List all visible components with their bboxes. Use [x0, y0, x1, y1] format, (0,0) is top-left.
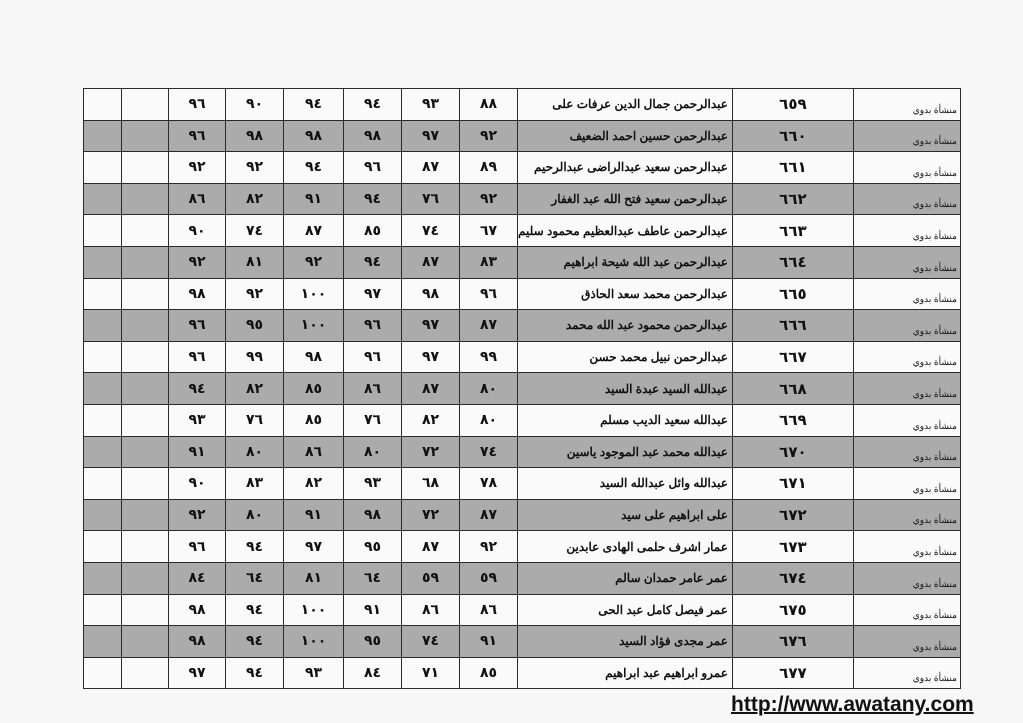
seat-number-cell: ٦٦٣: [732, 215, 853, 247]
blank-cell: [84, 499, 122, 531]
seat-number-cell: ٦٧٢: [732, 499, 853, 531]
score-cell: ٩٧: [344, 278, 402, 310]
score-cell: ٩٦: [344, 152, 402, 184]
score-cell: ٨٣: [460, 246, 518, 278]
score-cell: ٩١: [284, 499, 344, 531]
score-cell: ٨٠: [460, 404, 518, 436]
blank-cell: [122, 310, 169, 342]
blank-cell: [84, 310, 122, 342]
blank-cell: [84, 436, 122, 468]
score-cell: ٨٠: [344, 436, 402, 468]
score-cell: ٩٥: [344, 531, 402, 563]
score-cell: ٧٦: [226, 404, 284, 436]
blank-cell: [122, 436, 169, 468]
school-name-cell: منشأة بدوي: [853, 626, 960, 658]
score-cell: ٩٨: [284, 341, 344, 373]
score-cell: ٩٠: [226, 89, 284, 121]
score-cell: ٩٣: [169, 404, 226, 436]
score-cell: ٨٤: [344, 657, 402, 689]
blank-cell: [84, 404, 122, 436]
blank-cell: [122, 594, 169, 626]
score-cell: ٧٤: [460, 436, 518, 468]
blank-cell: [122, 626, 169, 658]
blank-cell: [84, 531, 122, 563]
score-cell: ٩٨: [169, 626, 226, 658]
seat-number-cell: ٦٧٦: [732, 626, 853, 658]
score-cell: ٨٦: [284, 436, 344, 468]
blank-cell: [122, 89, 169, 121]
school-name-cell: منشأة بدوي: [853, 120, 960, 152]
blank-cell: [122, 215, 169, 247]
school-name-cell: منشأة بدوي: [853, 531, 960, 563]
table-row: ٩٨٩٤١٠٠٩٥٧٤٩١عمر مجدى فؤاد السيد٦٧٦منشأة…: [84, 626, 961, 658]
score-cell: ٩٤: [226, 594, 284, 626]
score-cell: ٨٧: [402, 246, 460, 278]
score-cell: ٨٧: [460, 499, 518, 531]
score-cell: ٨٧: [460, 310, 518, 342]
blank-cell: [84, 89, 122, 121]
score-cell: ٦٤: [344, 562, 402, 594]
score-cell: ٩٢: [226, 152, 284, 184]
blank-cell: [84, 626, 122, 658]
score-cell: ١٠٠: [284, 278, 344, 310]
score-cell: ٩٤: [226, 531, 284, 563]
score-cell: ٩٨: [344, 499, 402, 531]
student-name-cell: عبدالرحمن محمد سعد الحاذق: [518, 278, 733, 310]
student-name-cell: عبدالرحمن حسين احمد الضعيف: [518, 120, 733, 152]
score-cell: ٩٤: [344, 89, 402, 121]
score-cell: ١٠٠: [284, 594, 344, 626]
score-cell: ٩١: [460, 626, 518, 658]
table-row: ٩٦٩٨٩٨٩٨٩٧٩٢عبدالرحمن حسين احمد الضعيف٦٦…: [84, 120, 961, 152]
student-name-cell: عبدالرحمن نبيل محمد حسن: [518, 341, 733, 373]
school-name-cell: منشأة بدوي: [853, 310, 960, 342]
table-row: ٩٦٩٩٩٨٩٦٩٧٩٩عبدالرحمن نبيل محمد حسن٦٦٧من…: [84, 341, 961, 373]
blank-cell: [122, 246, 169, 278]
score-cell: ٩٥: [226, 310, 284, 342]
table-row: ٩٨٩٢١٠٠٩٧٩٨٩٦عبدالرحمن محمد سعد الحاذق٦٦…: [84, 278, 961, 310]
blank-cell: [122, 468, 169, 500]
score-cell: ٩٤: [169, 373, 226, 405]
blank-cell: [122, 120, 169, 152]
score-cell: ٨٧: [284, 215, 344, 247]
blank-cell: [122, 373, 169, 405]
score-cell: ٩٤: [344, 183, 402, 215]
score-cell: ٩٨: [169, 594, 226, 626]
score-cell: ٩١: [284, 183, 344, 215]
blank-cell: [84, 246, 122, 278]
table-row: ٩٣٧٦٨٥٧٦٨٢٨٠عبدالله سعيد الديب مسلم٦٦٩من…: [84, 404, 961, 436]
table-row: ٩٨٩٤١٠٠٩١٨٦٨٦عمر فيصل كامل عبد الحى٦٧٥من…: [84, 594, 961, 626]
seat-number-cell: ٦٧٧: [732, 657, 853, 689]
score-cell: ٩٦: [169, 531, 226, 563]
seat-number-cell: ٦٦٨: [732, 373, 853, 405]
seat-number-cell: ٦٥٩: [732, 89, 853, 121]
score-cell: ٨٠: [460, 373, 518, 405]
score-cell: ٩٨: [284, 120, 344, 152]
table-row: ٩٠٧٤٨٧٨٥٧٤٦٧عبدالرحمن عاطف عبدالعظيم محم…: [84, 215, 961, 247]
score-cell: ٨٢: [284, 468, 344, 500]
score-cell: ٩٤: [226, 657, 284, 689]
score-cell: ٩٤: [284, 152, 344, 184]
score-cell: ٩٦: [169, 341, 226, 373]
blank-cell: [84, 120, 122, 152]
score-cell: ٩٨: [169, 278, 226, 310]
score-cell: ٥٩: [460, 562, 518, 594]
school-name-cell: منشأة بدوي: [853, 246, 960, 278]
school-name-cell: منشأة بدوي: [853, 89, 960, 121]
results-table: ٩٦٩٠٩٤٩٤٩٣٨٨عبدالرحمن جمال الدين عرفات ع…: [83, 88, 961, 689]
score-cell: ٩٥: [344, 626, 402, 658]
score-cell: ١٠٠: [284, 626, 344, 658]
score-cell: ٩١: [344, 594, 402, 626]
student-name-cell: على ابراهيم على سيد: [518, 499, 733, 531]
seat-number-cell: ٦٦٧: [732, 341, 853, 373]
score-cell: ٨٥: [460, 657, 518, 689]
score-cell: ٩٣: [344, 468, 402, 500]
student-name-cell: عبدالرحمن عبد الله شيحة ابراهيم: [518, 246, 733, 278]
score-cell: ٩٦: [344, 341, 402, 373]
student-name-cell: عمر فيصل كامل عبد الحى: [518, 594, 733, 626]
score-cell: ٨٥: [284, 404, 344, 436]
seat-number-cell: ٦٧٠: [732, 436, 853, 468]
student-name-cell: عبدالرحمن سعيد فتح الله عبد الغفار: [518, 183, 733, 215]
table-row: ٩٧٩٤٩٣٨٤٧١٨٥عمرو ابراهيم عبد ابراهيم٦٧٧م…: [84, 657, 961, 689]
score-cell: ٨١: [284, 562, 344, 594]
blank-cell: [84, 183, 122, 215]
score-cell: ٩٢: [169, 246, 226, 278]
student-name-cell: عبدالله سعيد الديب مسلم: [518, 404, 733, 436]
score-cell: ٩٢: [226, 278, 284, 310]
score-cell: ٧٨: [460, 468, 518, 500]
blank-cell: [84, 215, 122, 247]
blank-cell: [84, 468, 122, 500]
student-name-cell: عمرو ابراهيم عبد ابراهيم: [518, 657, 733, 689]
table-row: ٩١٨٠٨٦٨٠٧٢٧٤عبدالله محمد عبد الموجود ياس…: [84, 436, 961, 468]
results-table-body: ٩٦٩٠٩٤٩٤٩٣٨٨عبدالرحمن جمال الدين عرفات ع…: [84, 89, 961, 689]
score-cell: ٨٧: [402, 531, 460, 563]
blank-cell: [122, 499, 169, 531]
student-name-cell: عبدالرحمن محمود عبد الله محمد: [518, 310, 733, 342]
score-cell: ٩١: [169, 436, 226, 468]
score-cell: ٧٦: [402, 183, 460, 215]
score-cell: ٨٧: [402, 373, 460, 405]
score-cell: ٨٧: [402, 152, 460, 184]
score-cell: ٦٤: [226, 562, 284, 594]
score-cell: ٨٥: [284, 373, 344, 405]
score-cell: ٨٥: [344, 215, 402, 247]
blank-cell: [84, 278, 122, 310]
score-cell: ٩٤: [226, 626, 284, 658]
score-cell: ٩٧: [402, 310, 460, 342]
score-cell: ٨١: [226, 246, 284, 278]
blank-cell: [122, 152, 169, 184]
table-row: ٩٦٩٠٩٤٩٤٩٣٨٨عبدالرحمن جمال الدين عرفات ع…: [84, 89, 961, 121]
blank-cell: [122, 562, 169, 594]
seat-number-cell: ٦٦٩: [732, 404, 853, 436]
table-row: ٨٤٦٤٨١٦٤٥٩٥٩عمر عامر حمدان سالم٦٧٤منشأة …: [84, 562, 961, 594]
blank-cell: [84, 562, 122, 594]
table-row: ٩٦٩٤٩٧٩٥٨٧٩٢عمار اشرف حلمى الهادى عابدين…: [84, 531, 961, 563]
student-name-cell: عبدالله السيد عبدة السيد: [518, 373, 733, 405]
table-row: ٩٠٨٣٨٢٩٣٦٨٧٨عبدالله وائل عبدالله السيد٦٧…: [84, 468, 961, 500]
score-cell: ٩٧: [284, 531, 344, 563]
school-name-cell: منشأة بدوي: [853, 562, 960, 594]
score-cell: ٥٩: [402, 562, 460, 594]
blank-cell: [122, 183, 169, 215]
score-cell: ٧٤: [402, 626, 460, 658]
score-cell: ٩٢: [169, 152, 226, 184]
seat-number-cell: ٦٦٦: [732, 310, 853, 342]
site-url-watermark: http://www.awatany.com: [731, 693, 974, 717]
score-cell: ٩٣: [284, 657, 344, 689]
score-cell: ٩٢: [460, 531, 518, 563]
score-cell: ٩٤: [344, 246, 402, 278]
blank-cell: [122, 404, 169, 436]
score-cell: ٩٠: [169, 215, 226, 247]
school-name-cell: منشأة بدوي: [853, 278, 960, 310]
school-name-cell: منشأة بدوي: [853, 404, 960, 436]
blank-cell: [84, 594, 122, 626]
score-cell: ٦٨: [402, 468, 460, 500]
score-cell: ٩٦: [169, 310, 226, 342]
score-cell: ٩٧: [402, 341, 460, 373]
seat-number-cell: ٦٧٣: [732, 531, 853, 563]
score-cell: ٩٨: [402, 278, 460, 310]
student-name-cell: عبدالله محمد عبد الموجود ياسين: [518, 436, 733, 468]
score-cell: ٩٠: [169, 468, 226, 500]
table-row: ٩٢٨١٩٢٩٤٨٧٨٣عبدالرحمن عبد الله شيحة ابرا…: [84, 246, 961, 278]
score-cell: ٩٩: [226, 341, 284, 373]
seat-number-cell: ٦٧٥: [732, 594, 853, 626]
student-name-cell: عمر مجدى فؤاد السيد: [518, 626, 733, 658]
seat-number-cell: ٦٦٠: [732, 120, 853, 152]
blank-cell: [84, 657, 122, 689]
score-cell: ٨٨: [460, 89, 518, 121]
score-cell: ٧٢: [402, 499, 460, 531]
student-name-cell: عبدالرحمن جمال الدين عرفات على: [518, 89, 733, 121]
score-cell: ٩٧: [169, 657, 226, 689]
score-cell: ٨٦: [344, 373, 402, 405]
score-cell: ٨٦: [169, 183, 226, 215]
score-cell: ٩٦: [460, 278, 518, 310]
table-row: ٩٢٩٢٩٤٩٦٨٧٨٩عبدالرحمن سعيد عبدالراضى عبد…: [84, 152, 961, 184]
blank-cell: [122, 531, 169, 563]
score-cell: ٩٦: [344, 310, 402, 342]
score-cell: ٨٩: [460, 152, 518, 184]
school-name-cell: منشأة بدوي: [853, 499, 960, 531]
score-cell: ٨٣: [226, 468, 284, 500]
score-cell: ٩٢: [169, 499, 226, 531]
school-name-cell: منشأة بدوي: [853, 436, 960, 468]
score-cell: ٩٨: [344, 120, 402, 152]
score-cell: ٨٢: [402, 404, 460, 436]
school-name-cell: منشأة بدوي: [853, 468, 960, 500]
score-cell: ٩٦: [169, 120, 226, 152]
score-cell: ٩٢: [460, 120, 518, 152]
score-cell: ٨٠: [226, 436, 284, 468]
score-cell: ٨٠: [226, 499, 284, 531]
score-cell: ١٠٠: [284, 310, 344, 342]
score-cell: ٧٢: [402, 436, 460, 468]
score-cell: ٩٢: [460, 183, 518, 215]
seat-number-cell: ٦٦٥: [732, 278, 853, 310]
score-cell: ٨٢: [226, 183, 284, 215]
score-cell: ٨٦: [402, 594, 460, 626]
score-cell: ٧٦: [344, 404, 402, 436]
student-name-cell: عبدالله وائل عبدالله السيد: [518, 468, 733, 500]
score-cell: ٩٩: [460, 341, 518, 373]
seat-number-cell: ٦٦٤: [732, 246, 853, 278]
score-cell: ٩٨: [226, 120, 284, 152]
score-cell: ٨٤: [169, 562, 226, 594]
school-name-cell: منشأة بدوي: [853, 594, 960, 626]
student-name-cell: عمر عامر حمدان سالم: [518, 562, 733, 594]
student-name-cell: عبدالرحمن سعيد عبدالراضى عبدالرحيم: [518, 152, 733, 184]
score-cell: ٧١: [402, 657, 460, 689]
score-cell: ٧٤: [226, 215, 284, 247]
seat-number-cell: ٦٦١: [732, 152, 853, 184]
score-cell: ٩٦: [169, 89, 226, 121]
school-name-cell: منشأة بدوي: [853, 183, 960, 215]
score-cell: ٩٣: [402, 89, 460, 121]
student-name-cell: عبدالرحمن عاطف عبدالعظيم محمود سليم: [518, 215, 733, 247]
school-name-cell: منشأة بدوي: [853, 657, 960, 689]
score-cell: ٩٤: [284, 89, 344, 121]
score-cell: ٩٢: [284, 246, 344, 278]
score-cell: ٦٧: [460, 215, 518, 247]
school-name-cell: منشأة بدوي: [853, 373, 960, 405]
table-row: ٨٦٨٢٩١٩٤٧٦٩٢عبدالرحمن سعيد فتح الله عبد …: [84, 183, 961, 215]
blank-cell: [122, 341, 169, 373]
score-cell: ٩٧: [402, 120, 460, 152]
school-name-cell: منشأة بدوي: [853, 152, 960, 184]
table-row: ٩٤٨٢٨٥٨٦٨٧٨٠عبدالله السيد عبدة السيد٦٦٨م…: [84, 373, 961, 405]
blank-cell: [122, 278, 169, 310]
score-cell: ٨٦: [460, 594, 518, 626]
blank-cell: [84, 152, 122, 184]
blank-cell: [84, 341, 122, 373]
score-cell: ٧٤: [402, 215, 460, 247]
table-row: ٩٢٨٠٩١٩٨٧٢٨٧على ابراهيم على سيد٦٧٢منشأة …: [84, 499, 961, 531]
seat-number-cell: ٦٧٤: [732, 562, 853, 594]
blank-cell: [84, 373, 122, 405]
school-name-cell: منشأة بدوي: [853, 341, 960, 373]
score-cell: ٨٢: [226, 373, 284, 405]
blank-cell: [122, 657, 169, 689]
school-name-cell: منشأة بدوي: [853, 215, 960, 247]
seat-number-cell: ٦٧١: [732, 468, 853, 500]
student-name-cell: عمار اشرف حلمى الهادى عابدين: [518, 531, 733, 563]
seat-number-cell: ٦٦٢: [732, 183, 853, 215]
table-row: ٩٦٩٥١٠٠٩٦٩٧٨٧عبدالرحمن محمود عبد الله مح…: [84, 310, 961, 342]
